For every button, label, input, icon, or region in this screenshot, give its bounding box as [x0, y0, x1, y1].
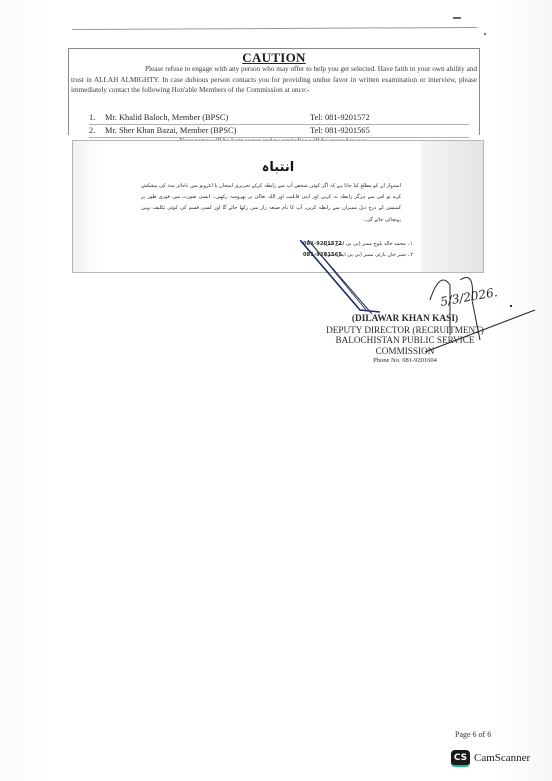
member-number: 2. — [89, 126, 101, 135]
member-phone: Tel: 081-9201565 — [310, 126, 370, 135]
caution-box: CAUTION Please refuse to engage with any… — [68, 48, 480, 135]
camscanner-label: CamScanner — [474, 752, 530, 764]
scan-shade-left — [73, 141, 103, 272]
urdu-notice-paragraph: امیدوار ان کو مطلع کیا جاتا ہے کہ اگر کو… — [141, 181, 401, 226]
urdu-contact-name: ۱۔ محمد خالد بلوچ ممبر (بی پی ایس سی) — [323, 241, 413, 247]
scan-speck — [510, 305, 512, 307]
urdu-contact-row: 081-9201572 ۱۔ محمد خالد بلوچ ممبر (بی پ… — [303, 241, 413, 250]
urdu-contact-name: ۲۔ شیر خان بازئی ممبر (بی پی ایس سی) — [325, 252, 413, 258]
signatory-name: (DILAWAR KHAN KASI) — [300, 314, 510, 325]
scan-mark — [453, 17, 461, 19]
member-row: 2. Mr. Sher Khan Bazai, Member (BPSC) Te… — [89, 126, 469, 138]
urdu-contact-row: 081-9201565 ۲۔ شیر خان بازئی ممبر (بی پی… — [303, 252, 413, 261]
urdu-notice-box: انتباہ امیدوار ان کو مطلع کیا جاتا ہے کہ… — [72, 140, 484, 273]
signatory-org-line1: BALOCHISTAN PUBLIC SERVICE — [300, 335, 510, 346]
member-phone: Tel: 081-9201572 — [310, 113, 370, 122]
camscanner-logo-icon: CS — [451, 750, 470, 767]
member-row: 1. Mr. Khalid Baloch, Member (BPSC) Tel:… — [89, 113, 469, 125]
scan-shade-right — [421, 141, 483, 272]
scan-speck — [484, 33, 486, 35]
signatory-phone: Phone No. 081-9201604 — [300, 356, 510, 365]
signatory-block: (DILAWAR KHAN KASI) DEPUTY DIRECTOR (REC… — [300, 314, 510, 365]
urdu-notice-title: انتباہ — [233, 160, 323, 175]
signatory-org-line2: COMMISSION — [300, 346, 510, 357]
member-number: 1. — [89, 113, 101, 122]
page-number: Page 6 of 6 — [455, 730, 491, 739]
member-name: Mr. Khalid Baloch, Member (BPSC) — [105, 113, 228, 122]
caution-body: Please refuse to engage with any person … — [71, 64, 477, 96]
member-name: Mr. Sher Khan Bazai, Member (BPSC) — [105, 126, 236, 135]
signatory-designation: DEPUTY DIRECTOR (RECRUITMENT) — [300, 325, 510, 336]
